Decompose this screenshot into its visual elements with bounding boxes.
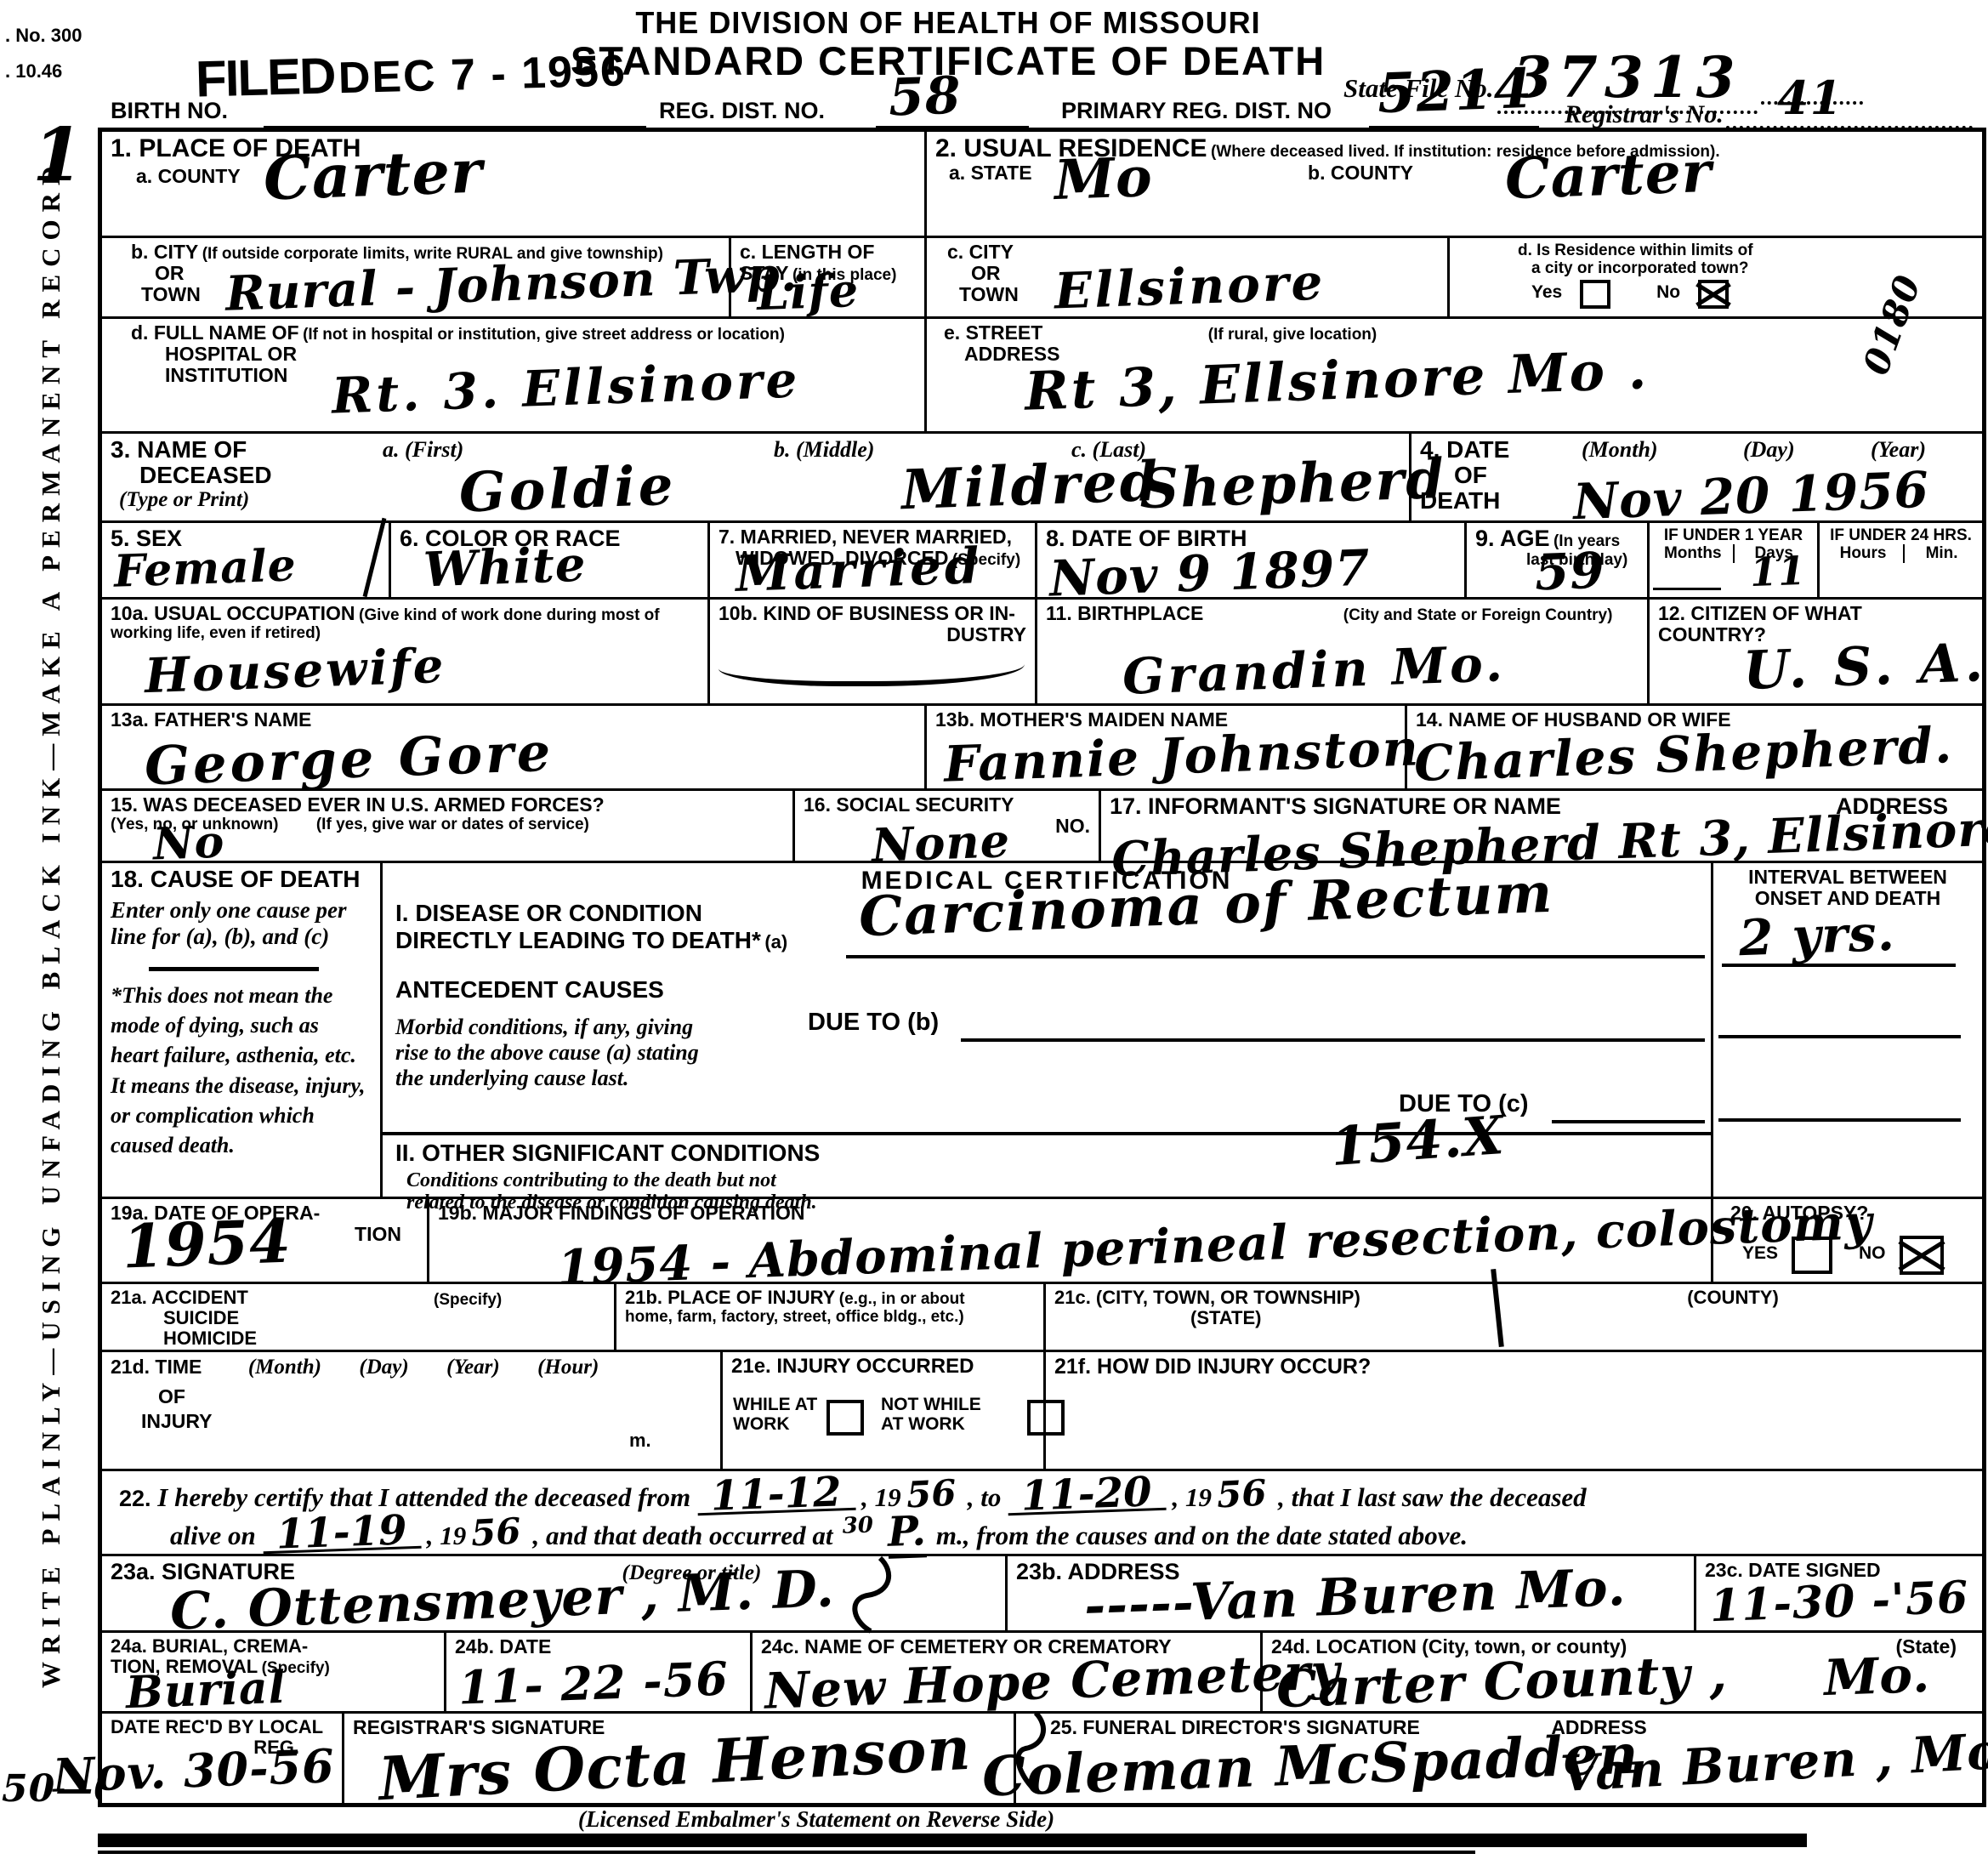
injury-time-label: 21d. TIME [111, 1356, 202, 1378]
accident-label3: HOMICIDE [163, 1328, 605, 1349]
field-citizen: 12. CITIZEN OF WHAT COUNTRY? U. S. A. [1650, 600, 1982, 703]
sig-date-value: 11-30 -'56 [1709, 1576, 1969, 1629]
injury-day: (Day) [359, 1356, 408, 1379]
field-residence-city: c. CITY OR TOWN Ellsinore [927, 238, 1450, 316]
hours-label: Hours [1823, 544, 1905, 562]
birthplace-value: Grandin Mo. [1122, 639, 1507, 702]
dod-day-label: (Day) [1743, 437, 1795, 463]
sex-value: Female [113, 543, 297, 594]
field-hospital: d. FULL NAME OF (If not in hospital or i… [102, 319, 927, 431]
field-registrar-signature: REGISTRAR'S SIGNATURE Mrs Octa Henson [344, 1714, 1016, 1803]
field-informant: 17. INFORMANT'S SIGNATURE OR NAME ADDRES… [1101, 791, 1982, 861]
under1-label: IF UNDER 1 YEAR [1653, 526, 1814, 544]
field-sig-address: 23b. ADDRESS -----Van Buren Mo. [1008, 1556, 1696, 1630]
field-length-of-stay: c. LENGTH OF STAY (in this place) Life [731, 238, 927, 316]
limits-yes-label: Yes [1531, 282, 1562, 302]
occ-value: Housewife [144, 642, 446, 700]
field-date-received: DATE REC'D BY LOCAL REG. Nov. 30-56 [102, 1714, 344, 1803]
field-operation-date: 19a. DATE OF OPERA- TION 1954 [102, 1199, 429, 1282]
primary-reg-value: 5214 [1377, 62, 1533, 122]
how-injury-label: 21f. HOW DID INJURY OCCUR? [1054, 1356, 1974, 1379]
place-county-value: Carter [263, 142, 484, 209]
section-ii-divider [383, 1132, 1713, 1135]
age-value: 59 [1534, 546, 1606, 598]
burial-loc-value: Carter County , [1275, 1649, 1729, 1715]
row-city: b. CITY (If outside corporate limits, wr… [102, 238, 1982, 319]
row-vitals: 5. SEX Female 6. COLOR OR RACE White 7. … [102, 523, 1982, 600]
birth-no-label: BIRTH NO. [111, 99, 228, 123]
field-marital: 7. MARRIED, NEVER MARRIED, WIDOWED, DIVO… [710, 523, 1037, 597]
injury-state-label: (STATE) [1190, 1307, 1262, 1328]
issuing-org: THE DIVISION OF HEALTH OF MISSOURI [98, 5, 1798, 41]
street-label: e. STREET [944, 321, 1042, 344]
primary-reg-label: PRIMARY REG. DIST. NO [1061, 99, 1332, 123]
residence-county-value: Carter [1504, 144, 1713, 207]
forces-label: 15. WAS DECEASED EVER IN U.S. ARMED FORC… [111, 794, 784, 816]
first-value: Goldie [458, 459, 678, 521]
certify-text1: I hereby certify that I attended the dec… [157, 1482, 690, 1512]
filed-stamp: FILED DEC 7 - 1956 [195, 38, 627, 108]
middle-label: b. (Middle) [774, 437, 874, 463]
injury-city-label: 21c. (CITY, TOWN, OR TOWNSHIP) [1054, 1287, 1360, 1308]
field-burial-date: 24b. DATE 11- 22 -56 [446, 1633, 753, 1711]
row-injury-time: 21d. TIME (Month) (Day) (Year) (Hour) OF… [102, 1352, 1982, 1471]
ssn-value: None [871, 817, 1011, 868]
filed-stamp-date: DEC 7 - 1956 [338, 46, 627, 103]
burial-date-value: 11- 22 -56 [457, 1655, 730, 1710]
field-age: 9. AGE (In years last birthday) 59 [1467, 523, 1650, 597]
registrar-no-label: Registrar's No. [1565, 100, 1724, 129]
due-b-label: DUE TO (b) [808, 1009, 939, 1036]
injury-m-label: m. [629, 1430, 651, 1452]
field-under-24-hrs: IF UNDER 24 HRS. Hours Min. [1820, 523, 1982, 597]
days-value: 11 [1749, 551, 1807, 592]
occ-label: 10a. USUAL OCCUPATION [111, 602, 355, 624]
scan-bottom-bar [98, 1834, 1807, 1847]
street-note: (If rural, give location) [1208, 326, 1377, 344]
scan-bottom-line [98, 1851, 1475, 1854]
residence-state-value: Mo [1054, 151, 1154, 208]
hosp-note: (If not in hospital or institution, give… [303, 326, 785, 344]
funeral-flourish-scribble [1010, 1711, 1053, 1792]
certify-year2: 56 [1211, 1478, 1272, 1510]
field-funeral-director: 25. FUNERAL DIRECTOR'S SIGNATURE ADDRESS… [1016, 1714, 1982, 1803]
field-father: 13a. FATHER'S NAME George Gore [102, 706, 927, 788]
middle-value: Mildred [900, 455, 1161, 519]
field-birthplace: 11. BIRTHPLACE (City and State or Foreig… [1037, 600, 1650, 703]
hosp-label: d. FULL NAME OF [131, 321, 299, 344]
certify-19c: , 19 [427, 1521, 467, 1550]
row-accident: 21a. ACCIDENT SUICIDE HOMICIDE (Specify)… [102, 1284, 1982, 1352]
field-date-signed: 23c. DATE SIGNED 11-30 -'56 [1696, 1556, 1982, 1630]
injury-county-label: (COUNTY) [1687, 1287, 1779, 1308]
field-cemetery: 24c. NAME OF CEMETERY OR CREMATORY New H… [753, 1633, 1263, 1711]
limits-yes-checkbox [1580, 280, 1610, 309]
certify-no: 22. [119, 1486, 151, 1511]
forces-value: No [152, 821, 225, 867]
burial-value: Burial [125, 1666, 287, 1716]
field-injury-occurred: 21e. INJURY OCCURRED WHILE AT WORK NOT W… [723, 1352, 1046, 1469]
dod-month-label: (Month) [1582, 437, 1658, 463]
place-county-label: a. COUNTY [136, 166, 916, 187]
field-mother: 13b. MOTHER'S MAIDEN NAME Fannie Johnsto… [927, 706, 1407, 788]
limits-label: d. Is Residence within limits of [1518, 242, 1974, 259]
certify-text3: , that I last saw the deceased [1278, 1482, 1587, 1512]
field-usual-residence: 2. USUAL RESIDENCE (Where deceased lived… [927, 132, 1982, 236]
disease-label: I. DISEASE OR CONDITION [395, 901, 702, 926]
row-signature: 23a. SIGNATURE (Degree or title) C. Otte… [102, 1556, 1982, 1633]
hosp-value: Rt. 3. Ellsinore [331, 355, 801, 420]
field-place-of-injury: 21b. PLACE OF INJURY (e.g., in or about … [616, 1284, 1046, 1350]
due-c-underline [1552, 1120, 1705, 1123]
city-label: b. CITY [131, 241, 198, 263]
field-injury-time: 21d. TIME (Month) (Day) (Year) (Hour) OF… [102, 1352, 723, 1469]
field-certification: 22. I hereby certify that I attended the… [102, 1471, 1982, 1554]
business-blank-stroke [719, 642, 1025, 686]
field-sex: 5. SEX Female [102, 523, 391, 597]
registrar-no-dots [1726, 100, 1973, 129]
not-while-line1: NOT WHILE [881, 1395, 981, 1414]
birthplace-note: (City and State or Foreign Country) [1343, 606, 1613, 624]
antecedent-title: ANTECEDENT CAUSES [395, 977, 664, 1003]
row-service: 15. WAS DECEASED EVER IN U.S. ARMED FORC… [102, 791, 1982, 863]
injury-year: (Year) [446, 1356, 499, 1379]
citizen-value: U. S. A. [1742, 636, 1988, 697]
injury-place-label: 21b. PLACE OF INJURY [625, 1287, 835, 1308]
injury-place-note2: home, farm, factory, street, office bldg… [625, 1308, 1035, 1326]
cause-note2: *This does not mean the mode of dying, s… [111, 981, 372, 1160]
accident-label2: SUICIDE [163, 1308, 605, 1328]
recd-label: DATE REC'D BY LOCAL [111, 1717, 333, 1737]
field-burial-type: 24a. BURIAL, CREMA- TION, REMOVAL (Speci… [102, 1633, 446, 1711]
dod-value: Nov 20 1956 [1572, 465, 1930, 527]
injury-hour: (Hour) [537, 1356, 599, 1379]
field-operation-findings: 19b. MAJOR FINDINGS OF OPERATION 1954 - … [429, 1199, 1713, 1282]
field-injury-location: 21c. (CITY, TOWN, OR TOWNSHIP) (COUNTY) … [1046, 1284, 1982, 1350]
funeral-director-value: Coleman McSpadden [981, 1728, 1639, 1805]
embalmer-note: (Licensed Embalmer's Statement on Revers… [476, 1806, 1156, 1833]
antecedent-note2: rise to the above cause (a) stating [395, 1040, 699, 1066]
margin-instruction: WRITE PLAINLY—USING UNFADING BLACK INK—M… [36, 191, 66, 1688]
form-number: . No. 300 [5, 26, 82, 47]
certify-to-label: , to [968, 1482, 1002, 1512]
min-label: Min. [1905, 544, 1979, 562]
ssn-label: 16. SOCIAL SECURITY [804, 794, 1090, 816]
other-value: 154.X [1329, 1109, 1506, 1174]
autopsy-no-checkbox-checked [1900, 1236, 1944, 1275]
accident-label: 21a. ACCIDENT [111, 1288, 605, 1308]
field-under-1-year: IF UNDER 1 YEAR Months Days 11 [1650, 523, 1820, 597]
interval-underline-a [1722, 964, 1956, 967]
disease-label2: DIRECTLY LEADING TO DEATH* [395, 927, 761, 953]
reg-dist-value: 58 [888, 71, 963, 124]
limits-no-label: No [1656, 282, 1680, 302]
row-burial: 24a. BURIAL, CREMA- TION, REMOVAL (Speci… [102, 1633, 1982, 1714]
interval-underline-c [1718, 1118, 1961, 1122]
interval-underline-b [1718, 1035, 1961, 1038]
field-date-of-death: 4. DATE OF DEATH (Month) (Day) (Year) No… [1411, 434, 1982, 520]
occurred-label: 21e. INJURY OCCURRED [731, 1356, 1035, 1378]
dod-year-label: (Year) [1871, 437, 1926, 463]
interval-label: INTERVAL BETWEEN [1722, 867, 1974, 888]
autopsy-label: 20. AUTOPSY? [1730, 1203, 1974, 1224]
cause-note1: Enter only one cause per line for (a), (… [111, 897, 372, 950]
due-b-underline [961, 1038, 1705, 1042]
certify-from-value: 11-12 [696, 1476, 855, 1516]
degree-flourish-scribble [842, 1555, 901, 1635]
place-title: 1. PLACE OF DEATH [111, 135, 916, 162]
marital-value: Married [735, 541, 983, 599]
autopsy-yes-label: YES [1742, 1243, 1778, 1263]
row-cause-of-death: 18. CAUSE OF DEATH Enter only one cause … [102, 863, 1982, 1199]
row-hospital-street: d. FULL NAME OF (If not in hospital or i… [102, 319, 1982, 434]
form-revision: . 10.46 [5, 61, 62, 82]
while-at-line2: WORK [733, 1414, 790, 1434]
mother-value: Fannie Johnston [943, 723, 1421, 789]
reg-dist-label: REG. DIST. NO. [659, 99, 825, 123]
burial-loc-state-value: Mo. [1823, 1650, 1931, 1703]
under24-label: IF UNDER 24 HRS. [1823, 526, 1979, 544]
citizen-label: 12. CITIZEN OF WHAT [1658, 603, 1974, 624]
field-autopsy: 20. AUTOPSY? YES NO [1713, 1199, 1982, 1282]
injury-time-label3: INJURY [141, 1411, 712, 1432]
certify-to-value: 11-20 [1008, 1476, 1167, 1516]
injury-place-note: (e.g., in or about [839, 1290, 965, 1308]
field-medical-certification: MEDICAL CERTIFICATION I. DISEASE OR COND… [383, 863, 1713, 1197]
death-certificate-scan: . No. 300 . 10.46 WRITE PLAINLY—USING UN… [0, 0, 1988, 1865]
field-spouse: 14. NAME OF HUSBAND OR WIFE Charles Shep… [1407, 706, 1982, 788]
row-name-dod: 3. NAME OF DECEASED (Type or Print) a. (… [102, 434, 1982, 523]
disease-a: (a) [764, 931, 787, 952]
limits-no-checkbox-checked [1698, 280, 1729, 309]
recd-value: Nov. 30-56 [52, 1743, 335, 1799]
burial-label: 24a. BURIAL, CREMA- [111, 1636, 435, 1657]
interval-value: 2 yrs. [1738, 908, 1896, 963]
certify-text5: , and that death occurred at [532, 1521, 832, 1550]
field-place-of-death: 1. PLACE OF DEATH a. COUNTY Carter [102, 132, 927, 236]
informant-label: 17. INFORMANT'S SIGNATURE OR NAME [1110, 793, 1561, 819]
accident-note: (Specify) [434, 1291, 502, 1309]
certify-alive-value: 11-19 [262, 1514, 421, 1555]
field-street-address: e. STREET (If rural, give location) ADDR… [927, 319, 1982, 431]
injury-month: (Month) [248, 1356, 321, 1379]
while-at-line1: WHILE AT [733, 1395, 817, 1414]
residence-county-label: b. COUNTY [1308, 162, 1413, 184]
first-label: a. (First) [383, 437, 463, 463]
certify-year1: 56 [900, 1478, 962, 1510]
field-ssn: 16. SOCIAL SECURITY NO. None [795, 791, 1101, 861]
other-title: II. OTHER SIGNIFICANT CONDITIONS [395, 1140, 820, 1166]
row-place-residence: 1. PLACE OF DEATH a. COUNTY Carter 2. US… [102, 132, 1982, 238]
certify-year3: 56 [465, 1516, 526, 1548]
stay-label: c. LENGTH OF [740, 242, 916, 263]
row-certification: 22. I hereby certify that I attended the… [102, 1471, 1982, 1556]
certify-19b: , 19 [1172, 1482, 1212, 1512]
op-date-value: 1954 [122, 1212, 293, 1277]
certify-hour-sup: 30 [842, 1512, 873, 1538]
field-cause-notes: 18. CAUSE OF DEATH Enter only one cause … [102, 863, 383, 1197]
certify-text4: alive on [170, 1521, 256, 1550]
certify-line2: alive on 11-19 , 1956 , and that death o… [170, 1515, 1965, 1551]
field-occupation: 10a. USUAL OCCUPATION (Give kind of work… [102, 600, 710, 703]
while-at-work-checkbox [826, 1400, 864, 1436]
antecedent-note3: the underlying cause last. [395, 1066, 628, 1091]
last-value: Shepherd [1139, 452, 1446, 518]
cause-title: 18. CAUSE OF DEATH [111, 867, 372, 892]
antecedent-note1: Morbid conditions, if any, giving [395, 1015, 693, 1040]
not-while-line2: AT WORK [881, 1414, 965, 1434]
not-while-label: NOT WHILE AT WORK [881, 1395, 981, 1435]
race-value: White [423, 541, 587, 594]
while-at-label: WHILE AT WORK [733, 1395, 817, 1435]
stay-value: Life [756, 267, 860, 316]
other-note1: Conditions contributing to the death but… [406, 1169, 776, 1192]
field-how-injury: 21f. HOW DID INJURY OCCUR? [1046, 1352, 1982, 1469]
dob-value: Nov 9 1897 [1048, 543, 1371, 603]
disease-underline [846, 955, 1705, 958]
margin-handwritten-mark: 1 [32, 119, 84, 192]
row-operation: 19a. DATE OF OPERA- TION 1954 19b. MAJOR… [102, 1199, 1982, 1284]
field-accident: 21a. ACCIDENT SUICIDE HOMICIDE (Specify) [102, 1284, 616, 1350]
field-business: 10b. KIND OF BUSINESS OR IN- DUSTRY [710, 600, 1037, 703]
field-burial-location: 24d. LOCATION (City, town, or county) (S… [1263, 1633, 1982, 1711]
field-armed-forces: 15. WAS DECEASED EVER IN U.S. ARMED FORC… [102, 791, 795, 861]
field-dob: 8. DATE OF BIRTH Nov 9 1897 [1037, 523, 1467, 597]
autopsy-yes-checkbox [1792, 1237, 1832, 1274]
residence-state-label: a. STATE [949, 162, 1032, 184]
certify-hour-p: P. [887, 1507, 927, 1559]
father-value: George Gore [144, 726, 554, 793]
months-blank [1653, 588, 1721, 590]
row-occupation: 10a. USUAL OCCUPATION (Give kind of work… [102, 600, 1982, 706]
injury-time-label2: OF [158, 1386, 712, 1407]
cause-divider [149, 967, 319, 971]
certificate-form: 1. PLACE OF DEATH a. COUNTY Carter 2. US… [98, 128, 1986, 1807]
autopsy-no-label: NO [1859, 1243, 1886, 1263]
field-race: 6. COLOR OR RACE White [391, 523, 710, 597]
certify-text6: m., from the causes and on the date stat… [936, 1521, 1468, 1550]
birthplace-label: 11. BIRTHPLACE [1046, 602, 1203, 624]
months-label: Months [1653, 544, 1735, 562]
field-interval: INTERVAL BETWEEN ONSET AND DEATH 2 yrs. [1713, 863, 1982, 1197]
field-name-of-deceased: 3. NAME OF DECEASED (Type or Print) a. (… [102, 434, 1411, 520]
field-city-of-death: b. CITY (If outside corporate limits, wr… [102, 238, 731, 316]
certify-hour-value: 30 P. [839, 1515, 930, 1550]
forces-note2: (If yes, give war or dates of service) [316, 816, 589, 833]
bus-label: 10b. KIND OF BUSINESS OR IN- [719, 603, 1026, 624]
res-city-value: Ellsinore [1054, 257, 1326, 316]
row-family: 13a. FATHER'S NAME George Gore 13b. MOTH… [102, 706, 1982, 791]
